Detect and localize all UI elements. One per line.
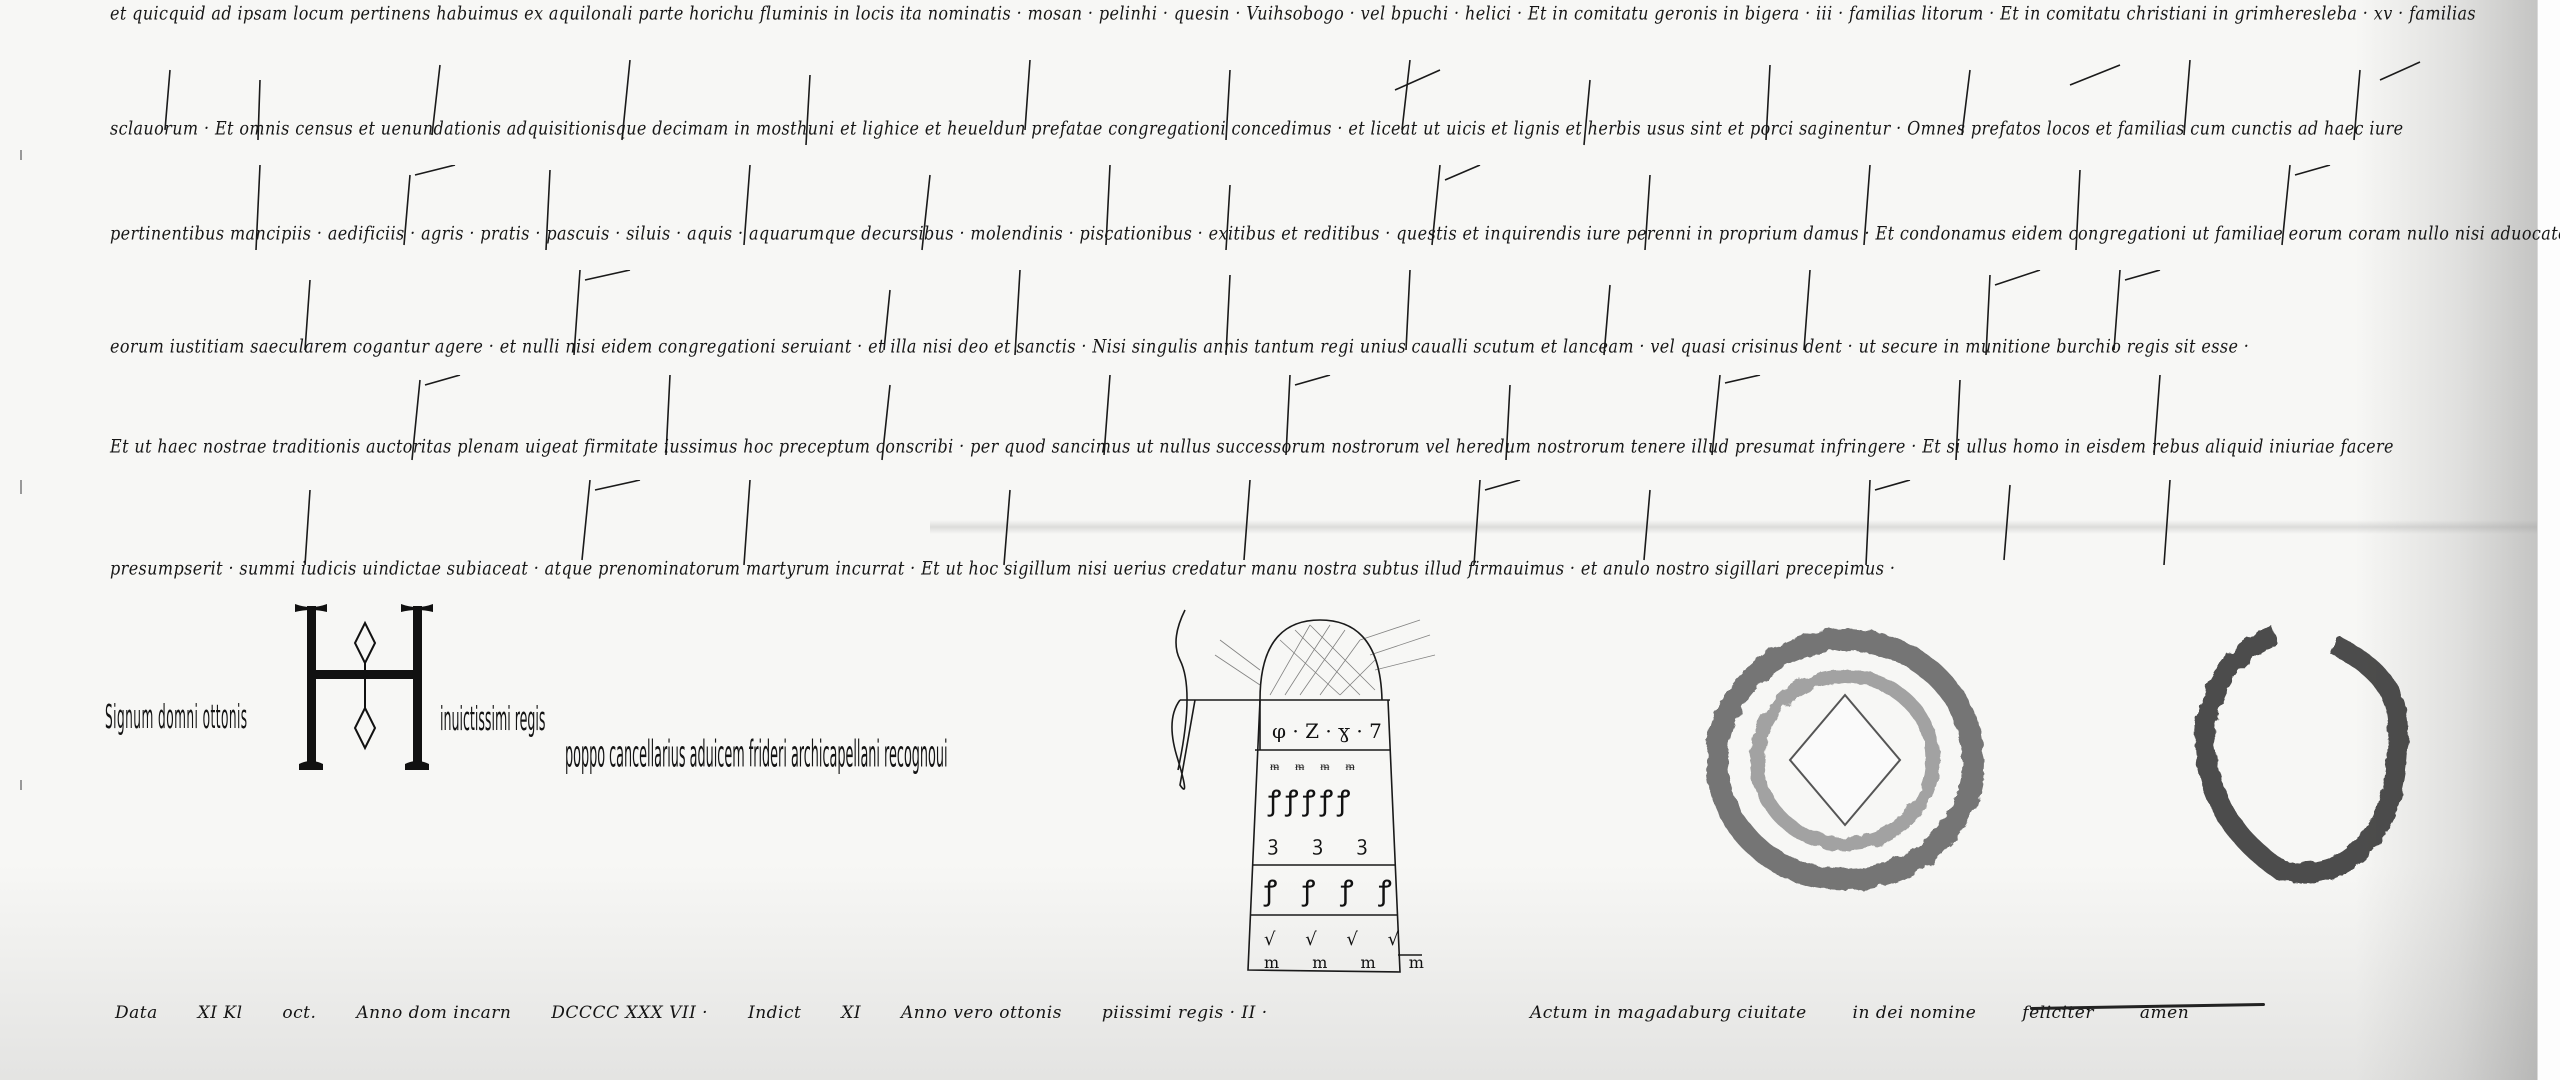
scan-edge (2537, 0, 2560, 1080)
signum-suffix: inuictissimi regis (440, 700, 545, 739)
svg-text:φ · Z · ɣ · 7: φ · Z · ɣ · 7 (1272, 719, 1382, 743)
dating-reign-label: Anno vero ottonis (901, 1003, 1062, 1023)
recognition-sign-icon: φ · Z · ɣ · 7 ᵯ ᵯ ᵯ ᵯ ꝭꝭꝭꝭꝭ ꝫ ꝫ ꝫ ꝭ ꝭ ꝭ … (1160, 600, 1460, 990)
signum-prefix: Signum domni ottonis (105, 698, 248, 737)
dating-indiction: XI (841, 1003, 861, 1023)
svg-text:ꝭꝭꝭꝭꝭ: ꝭꝭꝭꝭꝭ (1267, 784, 1354, 817)
actum-place: Actum in magadaburg ciuitate (1530, 1003, 1807, 1023)
text-line-3: pertinentibus mancipiis · aedificiis · a… (110, 222, 2560, 244)
dating-month: oct. (282, 1003, 316, 1023)
dating-anno-label: Anno dom incarn (356, 1003, 511, 1023)
svg-text:m m m m: m m m m (1264, 953, 1438, 972)
text-line-5: Et ut haec nostrae traditionis auctorita… (110, 435, 2394, 457)
svg-text:ꝫ ꝫ ꝫ: ꝫ ꝫ ꝫ (1268, 831, 1381, 855)
dating-reign-suffix: piissimi regis · II · (1102, 1003, 1268, 1023)
actum-phrase-1: in dei nomine (1853, 1003, 1977, 1023)
dating-day: XI Kl (198, 1003, 243, 1023)
text-line-2: sclauorum · Et omnis census et uenundati… (110, 117, 2404, 139)
margin-mark (20, 780, 22, 790)
margin-mark (20, 480, 22, 494)
monogram-icon (295, 598, 445, 773)
parchment-fold (930, 520, 2560, 534)
margin-mark (20, 150, 22, 160)
text-line-1: et quicquid ad ipsam locum pertinens hab… (110, 2, 2476, 24)
wax-seal-icon (1700, 610, 1990, 910)
dating-line: Data XI Kl oct. Anno dom incarn DCCCC XX… (115, 1003, 1302, 1023)
svg-text:√ √ √ √: √ √ √ √ (1264, 929, 1411, 950)
svg-text:ꝭ ꝭ ꝭ ꝭ: ꝭ ꝭ ꝭ ꝭ (1263, 874, 1400, 907)
recognition-line: poppo cancellarius aduicem frideri archi… (565, 732, 948, 776)
svg-text:ᵯ ᵯ ᵯ ᵯ: ᵯ ᵯ ᵯ ᵯ (1270, 759, 1361, 773)
dating-year: DCCCC XXX VII · (551, 1003, 708, 1023)
seal-trace-icon (2180, 615, 2420, 895)
text-line-4: eorum iustitiam saecularem cogantur ager… (110, 335, 2249, 357)
text-line-6: presumpserit · summi iudicis uindictae s… (110, 557, 1895, 579)
dating-indiction-label: Indict (748, 1003, 801, 1023)
dating-data: Data (115, 1003, 158, 1023)
